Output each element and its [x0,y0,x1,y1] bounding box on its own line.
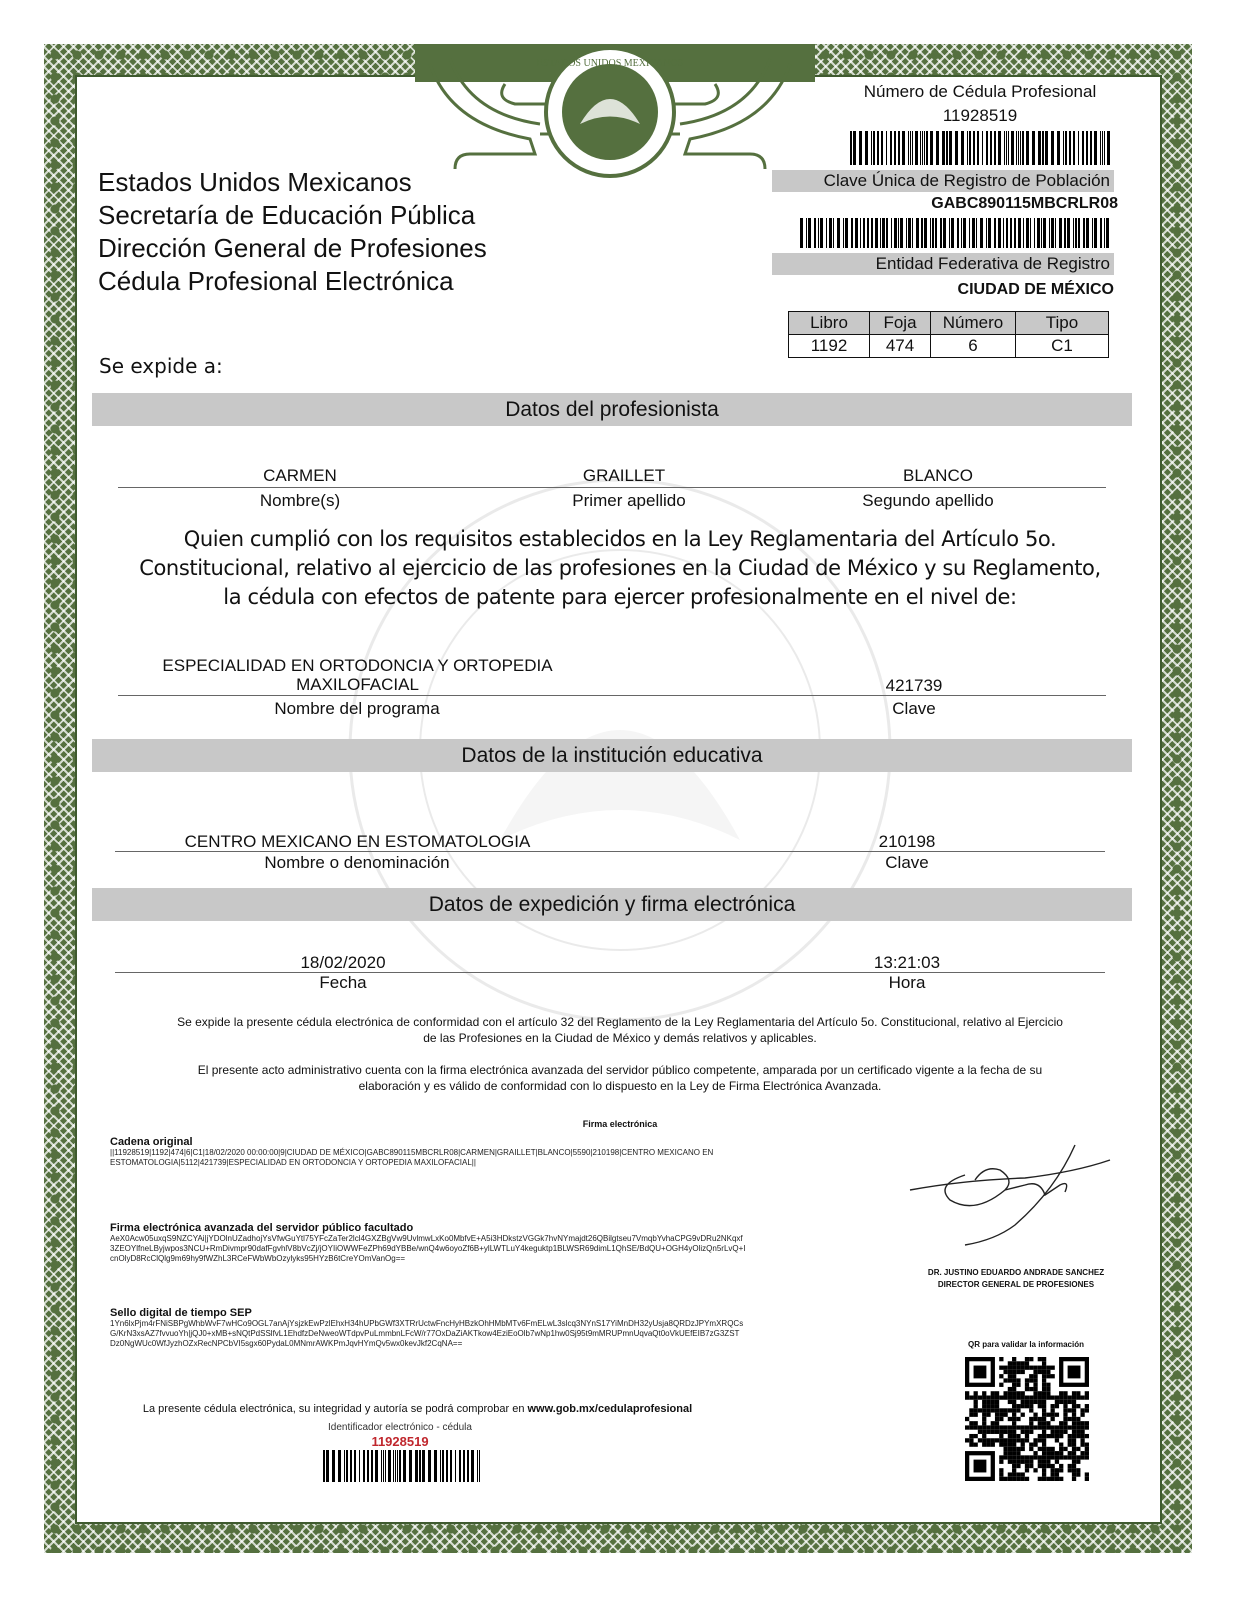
verify-sentence: La presente cédula electrónica, su integ… [143,1403,528,1415]
svg-text:ESTADOS UNIDOS MEXICANOS: ESTADOS UNIDOS MEXICANOS [537,58,683,69]
fecha-value: 18/02/2020 [243,953,443,973]
nombre-value: CARMEN [200,466,400,486]
cadena-original-block: Cadena original ||11928519|1192|474|6|C1… [110,1136,890,1168]
qr-code-icon[interactable] [965,1357,1089,1481]
curp-value: GABC890115MBCRLR08 [772,194,1118,214]
section-header-profesionista: Datos del profesionista [92,393,1132,426]
fea-line: AeX0Acw05uxqS9NZCYAi|jYDOlnUZadhojYsVfwG… [110,1234,900,1244]
cadena-original-line: ||11928519|1192|474|6|C1|18/02/2020 00:0… [110,1148,890,1158]
id-value: 11928519 [300,1434,500,1449]
cell-foja: 474 [870,335,931,358]
legal-paragraph-1: Se expide la presente cédula electrónica… [105,1014,1135,1046]
name-divider [118,487,1106,488]
institucion-clave: 210198 [807,832,1007,852]
legal-line: de las Profesiones en la Ciudad de Méxic… [105,1030,1135,1046]
statement-line: Constitucional, relativo al ejercicio de… [80,554,1160,583]
programa-clave-label: Clave [814,699,1014,719]
id-label: Identificador electrónico - cédula [300,1422,500,1433]
cell-numero: 6 [931,335,1016,358]
section-header-institucion: Datos de la institución educativa [92,739,1132,772]
signer-name: DR. JUSTINO EDUARDO ANDRADE SANCHEZ [900,1267,1132,1279]
fecha-label: Fecha [243,973,443,993]
fea-block: Firma electrónica avanzada del servidor … [110,1222,900,1264]
sello-line: Dz0NgWUc0WfJyzhOZxRecNPCbVI5sgx60PydaL0M… [110,1339,900,1349]
legal-paragraph-2: El presente acto administrativo cuenta c… [105,1062,1135,1094]
sello-label: Sello digital de tiempo SEP [110,1307,900,1319]
heading-line-directorate: Dirección General de Profesiones [98,232,487,265]
issuer-heading: Estados Unidos Mexicanos Secretaría de E… [98,166,487,298]
col-header-numero: Número [931,312,1016,335]
cell-tipo: C1 [1016,335,1109,358]
institucion-nombre: CENTRO MEXICANO EN ESTOMATOLOGIA [160,832,555,852]
hora-label: Hora [807,973,1007,993]
se-expide-label: Se expide a: [99,354,223,378]
signer-title: DIRECTOR GENERAL DE PROFESIONES [900,1279,1132,1291]
col-header-tipo: Tipo [1016,312,1109,335]
heading-line-secretariat: Secretaría de Educación Pública [98,199,487,232]
primer-apellido-label: Primer apellido [529,491,729,511]
statement-line: la cédula con efectos de patente para ej… [80,583,1160,612]
cadena-original-label: Cadena original [110,1136,890,1148]
cadena-original-line: ESTOMATOLOGIA|5112|421739|ESPECIALIDAD E… [110,1158,890,1168]
qr-label: QR para validar la información [948,1340,1104,1349]
institucion-nombre-label: Nombre o denominación [257,853,457,873]
sello-line: 1Yn6lxPjm4rFNiSBPgWhbWvF7wHCo9OGL7anAjYs… [110,1319,900,1329]
col-header-libro: Libro [789,312,870,335]
programa-nombre-line1: ESPECIALIDAD EN ORTODONCIA Y ORTOPEDIA [120,656,595,675]
heading-line-country: Estados Unidos Mexicanos [98,166,487,199]
cell-libro: 1192 [789,335,870,358]
segundo-apellido-label: Segundo apellido [828,491,1028,511]
programa-nombre: ESPECIALIDAD EN ORTODONCIA Y ORTOPEDIA M… [120,656,595,694]
programa-clave: 421739 [814,676,1014,696]
curp-label: Clave Única de Registro de Población [772,170,1110,192]
programa-nombre-label: Nombre del programa [257,699,457,719]
entidad-label: Entidad Federativa de Registro [772,253,1110,275]
curp-barcode [800,218,1112,248]
fea-line: 3ZEOYlfneLByjwpos3NCU+RmDivmpr90dafFgvhl… [110,1244,900,1254]
section-header-expedicion: Datos de expedición y firma electrónica [92,888,1132,921]
statement-line: Quien cumplió con los requisitos estable… [80,525,1160,554]
legal-line: El presente acto administrativo cuenta c… [105,1062,1135,1078]
verify-link[interactable]: www.gob.mx/cedulaprofesional [528,1403,693,1415]
cedula-number-label: Número de Cédula Profesional [815,82,1145,102]
fea-label: Firma electrónica avanzada del servidor … [110,1222,900,1234]
sello-line: G/KrN3xsAZ7fvvuoYh|jQJ0+xMB+sNQtPdSSlfvL… [110,1329,900,1339]
attestation-statement: Quien cumplió con los requisitos estable… [80,525,1160,612]
cedula-barcode [850,131,1112,165]
segundo-apellido-value: BLANCO [838,466,1038,486]
programa-divider [118,695,1106,696]
col-header-foja: Foja [870,312,931,335]
legal-line: elaboración y es válido de conformidad c… [105,1078,1135,1094]
id-barcode [323,1450,483,1482]
primer-apellido-value: GRAILLET [524,466,724,486]
sello-block: Sello digital de tiempo SEP 1Yn6lxPjm4rF… [110,1307,900,1349]
handwritten-signature-icon [905,1140,1120,1250]
heading-line-document: Cédula Profesional Electrónica [98,265,487,298]
nombre-label: Nombre(s) [200,491,400,511]
fea-line: cnOlyD8RcClQlg9m69hy9fWZhL3RCeFWbWbOzyly… [110,1254,900,1264]
signer-block: DR. JUSTINO EDUARDO ANDRADE SANCHEZ DIRE… [900,1267,1132,1291]
hora-value: 13:21:03 [807,953,1007,973]
institucion-divider [115,851,1105,852]
verify-text: La presente cédula electrónica, su integ… [105,1403,730,1415]
entidad-value: CIUDAD DE MÉXICO [772,279,1114,301]
legal-line: Se expide la presente cédula electrónica… [105,1014,1135,1030]
firma-title: Firma electrónica [105,1119,1135,1129]
institucion-clave-label: Clave [807,853,1007,873]
cedula-number: 11928519 [815,106,1145,126]
programa-nombre-line2: MAXILOFACIAL [120,675,595,694]
registry-table: Libro Foja Número Tipo 1192 474 6 C1 [788,311,1109,358]
